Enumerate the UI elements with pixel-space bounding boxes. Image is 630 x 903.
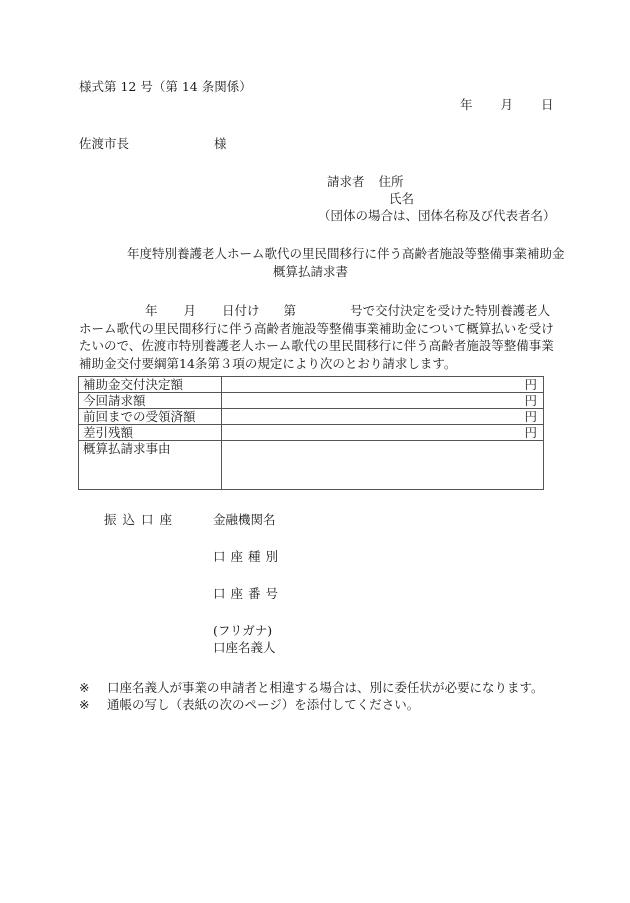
form-number: 様式第 12 号（第 14 条関係） bbox=[79, 79, 252, 95]
claimant-note: （団体の場合は、団体名称及び代表者名） bbox=[318, 208, 556, 224]
body-line-2: ホーム歌代の里民間移行に伴う高齢者施設等整備事業補助金について概算払いを受け bbox=[79, 320, 549, 338]
amount-field[interactable]: 円 bbox=[222, 393, 544, 409]
amounts-table: 補助金交付決定額 円 今回請求額 円 前回までの受領済額 円 差引残額 円 概算… bbox=[78, 376, 544, 490]
amount-field[interactable]: 円 bbox=[222, 409, 544, 425]
claimant-name-label: 氏名 bbox=[389, 191, 414, 207]
amount-field[interactable]: 円 bbox=[222, 425, 544, 441]
note-1: ※口座名義人が事業の申請者と相違する場合は、別に委任状が必要になります。 bbox=[79, 680, 544, 696]
body-paragraph: 年月日付け第号で交付決定を受けた特別養護老人 ホーム歌代の里民間移行に伴う高齢者… bbox=[79, 302, 549, 372]
body-line-4: 補助金交付要綱第14条第３項の規定により次のとおり請求します。 bbox=[79, 355, 549, 373]
note-text: 口座名義人が事業の申請者と相違する場合は、別に委任状が必要になります。 bbox=[107, 680, 544, 695]
date-day: 日 bbox=[541, 97, 554, 113]
table-row: 概算払請求事由 bbox=[79, 441, 544, 490]
row-label: 今回請求額 bbox=[79, 393, 222, 409]
table-row: 前回までの受領済額 円 bbox=[79, 409, 544, 425]
claimant-label: 請求者 bbox=[327, 174, 365, 189]
row-label: 概算払請求事由 bbox=[79, 441, 222, 490]
body-dated: 日付け bbox=[222, 303, 260, 318]
table-row: 差引残額 円 bbox=[79, 425, 544, 441]
body-line-3: たいので、佐渡市特別養護老人ホーム歌代の里民間移行に伴う高齢者施設等整備事業 bbox=[79, 337, 549, 355]
table-row: 今回請求額 円 bbox=[79, 393, 544, 409]
date-month: 月 bbox=[501, 97, 514, 113]
body-line1-rest: 号で交付決定を受けた特別養護老人 bbox=[350, 303, 550, 318]
row-label: 差引残額 bbox=[79, 425, 222, 441]
row-label: 補助金交付決定額 bbox=[79, 377, 222, 393]
bank-field-institution: 金融機関名 bbox=[213, 512, 276, 528]
bank-field-furigana: (フリガナ) bbox=[213, 623, 272, 639]
note-text: 通帳の写し（表紙の次のページ）を添付してください。 bbox=[107, 697, 419, 712]
note-mark: ※ bbox=[79, 697, 107, 713]
bank-field-account-holder: 口座名義人 bbox=[213, 640, 276, 656]
table-row: 補助金交付決定額 円 bbox=[79, 377, 544, 393]
document-title-line1: 年度特別養護老人ホーム歌代の里民間移行に伴う高齢者施設等整備事業補助金 bbox=[127, 246, 565, 262]
date-year: 年 bbox=[460, 97, 473, 113]
document-title-line2: 概算払請求書 bbox=[273, 264, 348, 280]
body-number-prefix: 第 bbox=[284, 303, 297, 318]
claimant-address-line: 請求者住所 bbox=[327, 174, 404, 190]
addressee: 佐渡市長 様 bbox=[79, 136, 129, 152]
address-label: 住所 bbox=[379, 174, 404, 189]
note-mark: ※ bbox=[79, 680, 107, 696]
amount-field[interactable]: 円 bbox=[222, 377, 544, 393]
bank-field-account-number: 口座番号 bbox=[213, 586, 283, 602]
body-year: 年 bbox=[145, 303, 158, 318]
bank-account-heading: 振込口座 bbox=[104, 512, 178, 528]
bank-field-account-type: 口座種別 bbox=[213, 549, 283, 565]
body-month: 月 bbox=[184, 303, 197, 318]
addressee-honorific: 様 bbox=[214, 136, 227, 152]
addressee-name: 佐渡市長 bbox=[79, 136, 129, 151]
row-label: 前回までの受領済額 bbox=[79, 409, 222, 425]
note-2: ※通帳の写し（表紙の次のページ）を添付してください。 bbox=[79, 697, 419, 713]
reason-field[interactable] bbox=[222, 441, 544, 490]
body-line-1: 年月日付け第号で交付決定を受けた特別養護老人 bbox=[79, 302, 549, 320]
date-line: 年月日 bbox=[460, 97, 554, 113]
